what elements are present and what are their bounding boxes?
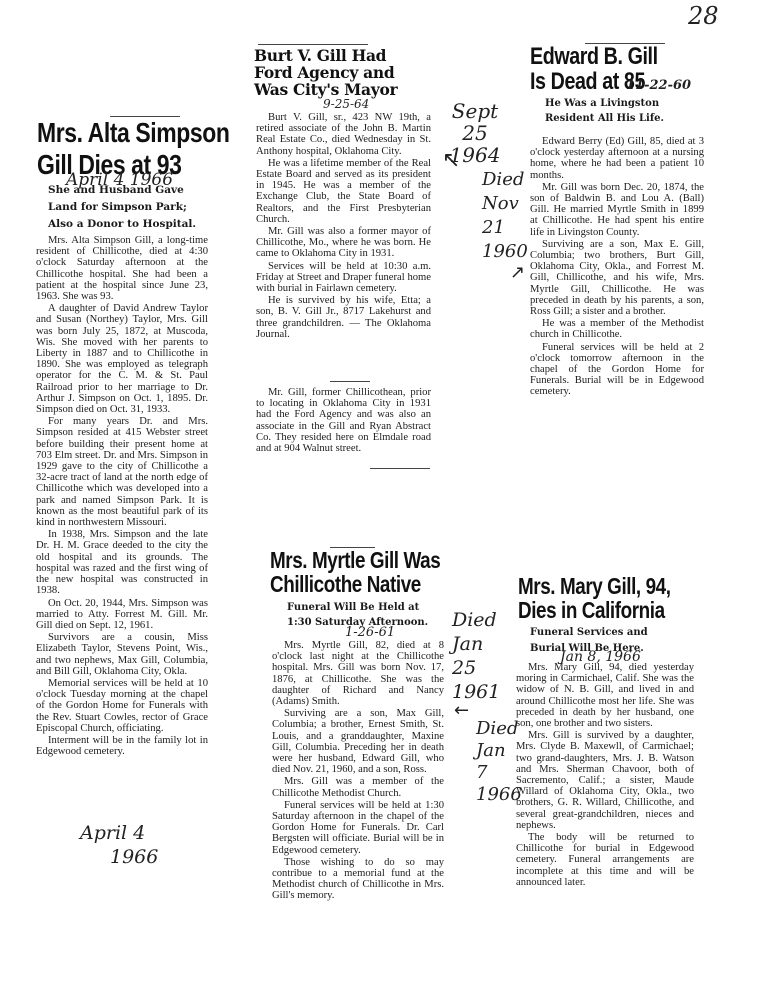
alta-deck: She and Husband Gave Land for Simpson Pa…: [48, 182, 228, 233]
paragraph: For many years Dr. and Mrs. Simpson resi…: [36, 416, 208, 528]
headline-line: Chillicothe Native: [270, 572, 440, 596]
paragraph: A daughter of David Andrew Taylor and Su…: [36, 303, 208, 415]
note-line: Jan: [476, 740, 521, 762]
deck-line: She and Husband Gave: [48, 182, 228, 199]
myrtle-body: Mrs. Myrtle Gill, 82, died at 8 o'clock …: [272, 640, 444, 903]
deck-line: Also a Donor to Hospital.: [48, 216, 228, 233]
note-line: 25: [452, 656, 497, 680]
arrow-mark-icon: ←: [454, 700, 469, 721]
paragraph: Those wishing to do so may contribue to …: [272, 857, 444, 902]
arrow-mark-icon: ↗: [510, 262, 525, 283]
myrtle-headline: Mrs. Myrtle Gill Was Chillicothe Native: [270, 548, 440, 596]
note-line: Died: [452, 608, 497, 632]
paragraph: The body will be returned to Chillicothe…: [516, 832, 694, 888]
paragraph: Funeral services will be held at 1:30 Sa…: [272, 800, 444, 856]
paragraph: Surviving are a son, Max E. Gill, Columb…: [530, 239, 704, 317]
deck-line: He Was a Livingston: [545, 96, 725, 111]
paragraph: Mrs. Alta Simpson Gill, a long-time resi…: [36, 235, 208, 302]
myrtle-handwritten-date: 1-26-61: [345, 625, 395, 640]
paragraph: Edward Berry (Ed) Gill, 85, died at 3 o'…: [530, 136, 704, 181]
paragraph: In 1938, Mrs. Simpson and the late Dr. H…: [36, 529, 208, 596]
arrow-mark-icon: ↖: [442, 148, 460, 173]
note-line: Nov: [482, 192, 527, 216]
headline-line: Mrs. Myrtle Gill Was: [270, 548, 440, 572]
paragraph: Mr. Gill was born Dec. 20, 1874, the son…: [530, 182, 704, 238]
alta-footer-note-2: 1966: [110, 846, 158, 868]
paragraph: Mr. Gill was also a former mayor of Chil…: [256, 226, 431, 260]
note-line: Sept 25: [440, 100, 510, 144]
paragraph: Interment will be in the family lot in E…: [36, 735, 208, 757]
paragraph: Memorial services will be held at 10 o'c…: [36, 678, 208, 734]
edward-handwritten-date: 11-22-60: [626, 78, 691, 93]
deck-line: Funeral Will Be Held at: [287, 600, 467, 615]
note-line: 21: [482, 216, 527, 240]
burt-body-2: Mr. Gill, former Chillicothean, prior to…: [256, 387, 431, 455]
alta-headline-1: Mrs. Alta Simpson: [37, 118, 229, 148]
deck-line: Resident All His Life.: [545, 111, 725, 126]
paragraph: He was a member of the Methodist church …: [530, 318, 704, 340]
note-line: Jan: [452, 632, 497, 656]
mary-body: Mrs. Mary Gill, 94, died yesterday morin…: [516, 662, 694, 889]
headline-line: Ford Agency and: [254, 64, 397, 81]
note-line: 1960: [482, 240, 527, 264]
deck-line: Funeral Services and: [530, 625, 710, 641]
note-line: Died: [476, 718, 521, 740]
paragraph: On Oct. 20, 1944, Mrs. Simpson was marri…: [36, 598, 208, 632]
headline-line: Mrs. Mary Gill, 94,: [518, 574, 671, 598]
edward-body: Edward Berry (Ed) Gill, 85, died at 3 o'…: [530, 136, 704, 399]
paragraph: Mrs. Gill was a member of the Chillicoth…: [272, 776, 444, 798]
paragraph: Mrs. Mary Gill, 94, died yesterday morin…: [516, 662, 694, 729]
burt-handwritten-date: 9-25-64: [323, 97, 369, 111]
paragraph: Mrs. Gill is survived by a daughter, Mrs…: [516, 730, 694, 831]
paragraph: He is survived by his wife, Etta; a son,…: [256, 295, 431, 340]
edward-margin-note: Died Nov 21 1960: [482, 168, 527, 264]
headline-line: Dies in California: [518, 598, 671, 622]
edward-deck: He Was a Livingston Resident All His Lif…: [545, 96, 725, 126]
mary-margin-note: Died Jan 7 1966: [476, 718, 521, 806]
paragraph: Services will be held at 10:30 a.m. Frid…: [256, 261, 431, 295]
headline-line: Was City's Mayor: [254, 81, 397, 98]
divider-rule: [258, 44, 368, 45]
divider-rule: [370, 468, 430, 469]
alta-body: Mrs. Alta Simpson Gill, a long-time resi…: [36, 235, 208, 758]
burt-headline: Burt V. Gill Had Ford Agency and Was Cit…: [254, 47, 397, 98]
paragraph: Mr. Gill, former Chillicothean, prior to…: [256, 387, 431, 454]
paragraph: Surviving are a son, Max Gill, Columbia;…: [272, 708, 444, 775]
paragraph: Survivors are a cousin, Miss Elizabeth T…: [36, 632, 208, 677]
deck-line: Land for Simpson Park;: [48, 199, 228, 216]
paragraph: He was a lifetime member of the Real Est…: [256, 158, 431, 225]
headline-line: Edward B. Gill: [530, 44, 658, 69]
divider-rule: [330, 381, 370, 382]
alta-footer-note-1: April 4: [80, 822, 145, 844]
page-number-note: 28: [688, 2, 719, 30]
paragraph: Funeral services will be held at 2 o'clo…: [530, 342, 704, 398]
paragraph: Mrs. Myrtle Gill, 82, died at 8 o'clock …: [272, 640, 444, 707]
myrtle-margin-note: Died Jan 25 1961: [452, 608, 497, 704]
note-line: Died: [482, 168, 527, 192]
mary-headline: Mrs. Mary Gill, 94, Dies in California: [518, 574, 671, 622]
burt-body: Burt V. Gill, sr., 423 NW 19th, a retire…: [256, 112, 431, 341]
headline-line: Burt V. Gill Had: [254, 47, 397, 64]
paragraph: Burt V. Gill, sr., 423 NW 19th, a retire…: [256, 112, 431, 157]
note-line: 7: [476, 762, 521, 784]
note-line: 1966: [476, 784, 521, 806]
